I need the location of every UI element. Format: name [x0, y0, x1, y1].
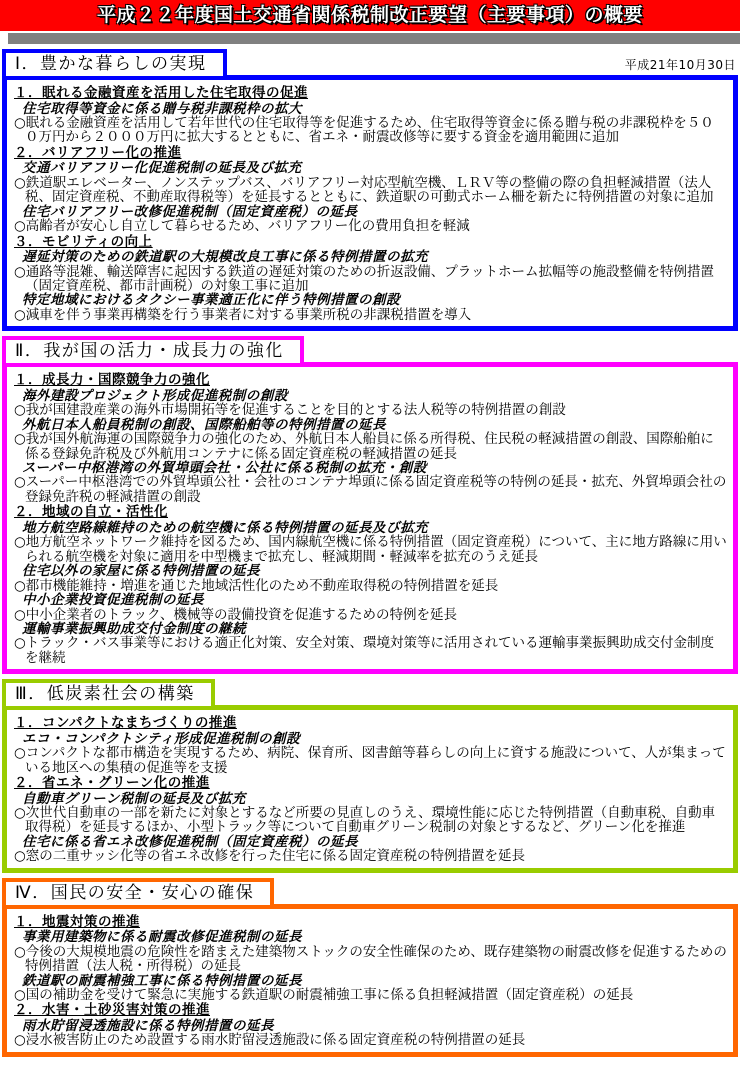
measure-title: 住宅以外の家屋に係る特例措置の延長 — [22, 564, 727, 579]
measure-description: ○通路等混雑、輸送障害に起因する鉄道の遅延対策のための折返設備、プラットホーム拡… — [14, 265, 727, 294]
group-heading: ２．省エネ・グリーン化の推進 — [14, 776, 727, 791]
section-iii-title: Ⅲ．低炭素社会の構築 — [15, 684, 195, 704]
section-ii-title: Ⅱ．我が国の活力・成長力の強化 — [15, 341, 284, 361]
measure-title: 自動車グリーン税制の延長及び拡充 — [22, 792, 727, 807]
measure-description: ○都市機能維持・増進を通じた地域活性化のため不動産取得税の特例措置を延長 — [14, 579, 727, 593]
section-iv: Ⅳ．国民の安全・安心の確保 １．地震対策の推進 事業用建築物に係る耐震改修促進税… — [2, 878, 738, 1057]
measure-description: ○鉄道駅エレベーター、ノンステップバス、バリアフリー対応型航空機、ＬＲＶ等の整備… — [14, 176, 727, 205]
section-iv-title-box: Ⅳ．国民の安全・安心の確保 — [2, 878, 274, 909]
document-title-banner: 平成２２年度国土交通省関係税制改正要望（主要事項）の概要 — [0, 0, 740, 31]
section-ii-title-box: Ⅱ．我が国の活力・成長力の強化 — [2, 336, 304, 367]
banner-shadow-bar — [8, 33, 740, 44]
measure-description: ○我が国建設産業の海外市場開拓等を促進することを目的とする法人税等の特例措置の創… — [14, 403, 727, 417]
measure-description: ○我が国外航海運の国際競争力の強化のため、外航日本人船員に係る所得税、住民税の軽… — [14, 432, 727, 461]
measure: エコ・コンパクトシティ形成促進税制の創設 ○コンパクトな都市構造を実現するため、… — [12, 732, 727, 775]
group-heading: １．地震対策の推進 — [14, 915, 727, 930]
measure-description: ○スーパー中枢港湾での外貿埠頭公社・会社のコンテナ埠頭に係る固定資産税等の特例の… — [14, 475, 727, 504]
measure-description: ○コンパクトな都市構造を実現するため、病院、保育所、図書館等暮らしの向上に資する… — [14, 746, 727, 775]
group: １．コンパクトなまちづくりの推進 エコ・コンパクトシティ形成促進税制の創設 ○コ… — [12, 716, 727, 775]
document-title: 平成２２年度国土交通省関係税制改正要望（主要事項）の概要 — [97, 4, 643, 26]
document-page: 平成２２年度国土交通省関係税制改正要望（主要事項）の概要 Ⅰ．豊かな暮らしの実現… — [0, 0, 740, 1069]
measure-description: ○浸水被害防止のため設置する雨水貯留浸透施設に係る固定資産税の特例措置の延長 — [14, 1033, 727, 1047]
measure-title: 住宅バリアフリー改修促進税制（固定資産税）の延長 — [22, 205, 727, 220]
measure-description: ○中小企業者のトラック、機械等の設備投資を促進するための特例を延長 — [14, 608, 727, 622]
measure-title: 特定地域におけるタクシー事業適正化に伴う特例措置の創設 — [22, 293, 727, 308]
section-i-content-box: １．眠れる金融資産を活用した住宅取得の促進 住宅取得等資金に係る贈与税非課税枠の… — [2, 75, 738, 331]
group-heading: ３．モビリティの向上 — [14, 235, 727, 250]
measure-title: 住宅取得等資金に係る贈与税非課税枠の拡大 — [22, 102, 727, 117]
measure-title: 鉄道駅の耐震補強工事に係る特例措置の延長 — [22, 974, 727, 989]
measure: 遅延対策のための鉄道駅の大規模改良工事に係る特例措置の拡充 ○通路等混雑、輸送障… — [12, 250, 727, 293]
section-iii-title-box: Ⅲ．低炭素社会の構築 — [2, 679, 215, 710]
group-heading: １．コンパクトなまちづくりの推進 — [14, 716, 727, 731]
measure: 海外建設プロジェクト形成促進税制の創設 ○我が国建設産業の海外市場開拓等を促進す… — [12, 389, 727, 418]
section-ii-content-box: １．成長力・国際競争力の強化 海外建設プロジェクト形成促進税制の創設 ○我が国建… — [2, 362, 738, 674]
group: ３．モビリティの向上 遅延対策のための鉄道駅の大規模改良工事に係る特例措置の拡充… — [12, 235, 727, 323]
measure-description: ○今後の大規模地震の危険性を踏まえた建築物ストックの安全性確保のため、既存建築物… — [14, 945, 727, 974]
measure: 運輸事業振興助成交付金制度の継続 ○トラック・バス事業等における適正化対策、安全… — [12, 622, 727, 665]
group-heading: ２．バリアフリー化の推進 — [14, 146, 727, 161]
measure: 地方航空路線維持のための航空機に係る特例措置の延長及び拡充 ○地方航空ネットワー… — [12, 521, 727, 564]
measure: 交通バリアフリー化促進税制の延長及び拡充 ○鉄道駅エレベーター、ノンステップバス… — [12, 161, 727, 204]
section-iv-content-box: １．地震対策の推進 事業用建築物に係る耐震改修促進税制の延長 ○今後の大規模地震… — [2, 904, 738, 1057]
measure: 住宅取得等資金に係る贈与税非課税枠の拡大 ○眠れる金融資産を活用して若年世代の住… — [12, 102, 727, 145]
measure-description: ○眠れる金融資産を活用して若年世代の住宅取得等を促進するため、住宅取得等資金に係… — [14, 116, 727, 145]
measure: 中小企業投資促進税制の延長 ○中小企業者のトラック、機械等の設備投資を促進するた… — [12, 593, 727, 622]
measure: 住宅に係る省エネ改修促進税制（固定資産税）の延長 ○窓の二重サッシ化等の省エネ改… — [12, 835, 727, 864]
section-i-title-box: Ⅰ．豊かな暮らしの実現 — [2, 49, 227, 80]
group-heading: ２．地域の自立・活性化 — [14, 505, 727, 520]
section-iii: Ⅲ．低炭素社会の構築 １．コンパクトなまちづくりの推進 エコ・コンパクトシティ形… — [2, 679, 738, 873]
measure: スーパー中枢港湾の外貿埠頭会社・公社に係る税制の拡充・創設 ○スーパー中枢港湾で… — [12, 461, 727, 504]
measure-description: ○窓の二重サッシ化等の省エネ改修を行った住宅に係る固定資産税の特例措置を延長 — [14, 849, 727, 863]
section-iv-title: Ⅳ．国民の安全・安心の確保 — [15, 883, 254, 903]
measure: 住宅以外の家屋に係る特例措置の延長 ○都市機能維持・増進を通じた地域活性化のため… — [12, 564, 727, 593]
group-heading: １．成長力・国際競争力の強化 — [14, 373, 727, 388]
measure-title: 中小企業投資促進税制の延長 — [22, 593, 727, 608]
measure-description: ○減車を伴う事業再構築を行う事業者に対する事業所税の非課税措置を導入 — [14, 308, 727, 322]
measure-title: 事業用建築物に係る耐震改修促進税制の延長 — [22, 930, 727, 945]
group: １．地震対策の推進 事業用建築物に係る耐震改修促進税制の延長 ○今後の大規模地震… — [12, 915, 727, 1003]
measure-title: 外航日本人船員税制の創設、国際船舶等の特例措置の延長 — [22, 418, 727, 433]
measure: 鉄道駅の耐震補強工事に係る特例措置の延長 ○国の補助金を受けて緊急に実施する鉄道… — [12, 974, 727, 1003]
measure-description: ○地方航空ネットワーク維持を図るため、国内線航空機に係る特例措置（固定資産税）に… — [14, 535, 727, 564]
measure: 雨水貯留浸透施設に係る特例措置の延長 ○浸水被害防止のため設置する雨水貯留浸透施… — [12, 1019, 727, 1048]
measure-description: ○高齢者が安心し自立して暮らせるため、バリアフリー化の費用負担を軽減 — [14, 219, 727, 233]
group-heading: １．眠れる金融資産を活用した住宅取得の促進 — [14, 86, 727, 101]
measure-description: ○国の補助金を受けて緊急に実施する鉄道駅の耐震補強工事に係る負担軽減措置（固定資… — [14, 988, 727, 1002]
measure: 事業用建築物に係る耐震改修促進税制の延長 ○今後の大規模地震の危険性を踏まえた建… — [12, 930, 727, 973]
group: １．成長力・国際競争力の強化 海外建設プロジェクト形成促進税制の創設 ○我が国建… — [12, 373, 727, 504]
measure-title: 遅延対策のための鉄道駅の大規模改良工事に係る特例措置の拡充 — [22, 250, 727, 265]
section-iii-content-box: １．コンパクトなまちづくりの推進 エコ・コンパクトシティ形成促進税制の創設 ○コ… — [2, 705, 738, 873]
measure: 自動車グリーン税制の延長及び拡充 ○次世代自動車の一部を新たに対象とするなど所要… — [12, 792, 727, 835]
group: ２．省エネ・グリーン化の推進 自動車グリーン税制の延長及び拡充 ○次世代自動車の… — [12, 776, 727, 864]
measure: 住宅バリアフリー改修促進税制（固定資産税）の延長 ○高齢者が安心し自立して暮らせ… — [12, 205, 727, 234]
measure-title: 交通バリアフリー化促進税制の延長及び拡充 — [22, 161, 727, 176]
group: ２．バリアフリー化の推進 交通バリアフリー化促進税制の延長及び拡充 ○鉄道駅エレ… — [12, 146, 727, 234]
group: ２．水害・土砂災害対策の推進 雨水貯留浸透施設に係る特例措置の延長 ○浸水被害防… — [12, 1003, 727, 1047]
section-i-title: Ⅰ．豊かな暮らしの実現 — [15, 54, 207, 74]
measure: 外航日本人船員税制の創設、国際船舶等の特例措置の延長 ○我が国外航海運の国際競争… — [12, 418, 727, 461]
measure-description: ○トラック・バス事業等における適正化対策、安全対策、環境対策等に活用されている運… — [14, 636, 727, 665]
group: ２．地域の自立・活性化 地方航空路線維持のための航空機に係る特例措置の延長及び拡… — [12, 505, 727, 665]
section-i: Ⅰ．豊かな暮らしの実現 平成21年10月30日 １．眠れる金融資産を活用した住宅… — [2, 49, 738, 331]
measure: 特定地域におけるタクシー事業適正化に伴う特例措置の創設 ○減車を伴う事業再構築を… — [12, 293, 727, 322]
section-ii: Ⅱ．我が国の活力・成長力の強化 １．成長力・国際競争力の強化 海外建設プロジェク… — [2, 336, 738, 674]
group-heading: ２．水害・土砂災害対策の推進 — [14, 1003, 727, 1018]
measure-description: ○次世代自動車の一部を新たに対象とするなど所要の見直しのうえ、環境性能に応じた特… — [14, 806, 727, 835]
group: １．眠れる金融資産を活用した住宅取得の促進 住宅取得等資金に係る贈与税非課税枠の… — [12, 86, 727, 145]
